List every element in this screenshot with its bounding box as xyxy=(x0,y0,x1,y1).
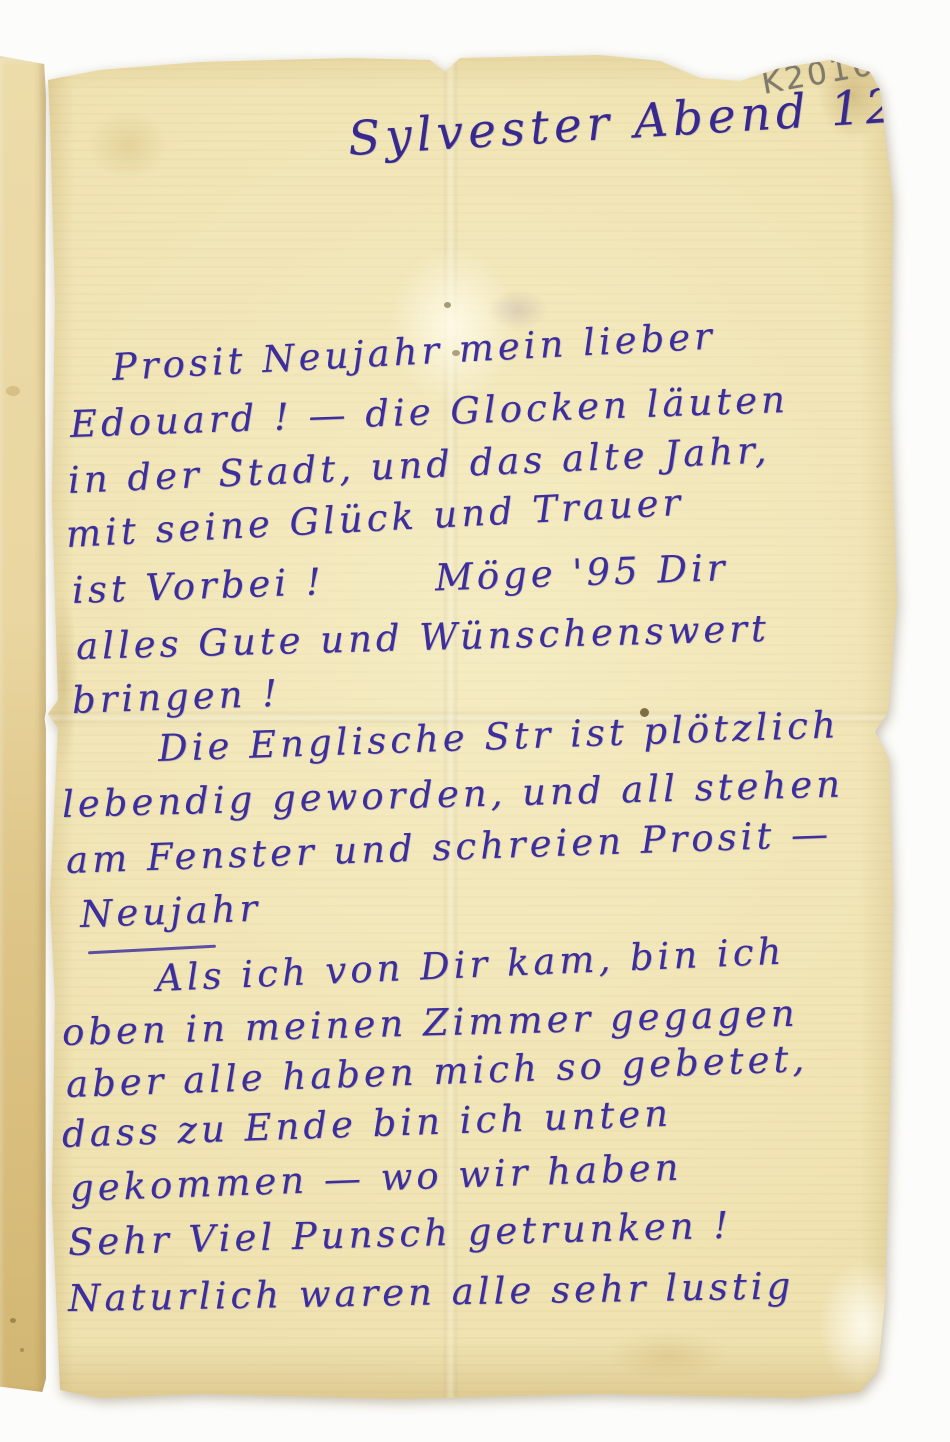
letter-heading: Sylvester Abend 12½ xyxy=(346,75,950,167)
letter-line: alles Gute und Wünschenswert xyxy=(75,607,770,668)
letter-line: Naturlich waren alle sehr lustig xyxy=(68,1264,795,1320)
worn-corner xyxy=(818,1260,908,1390)
letter-page: K2016 Sylvester Abend 12½ Prosit Neujahr… xyxy=(48,50,897,1400)
letter-page-wrap: K2016 Sylvester Abend 12½ Prosit Neujahr… xyxy=(0,0,950,1442)
scanned-letter: K2016 Sylvester Abend 12½ Prosit Neujahr… xyxy=(0,0,950,1442)
letter-line: gekommen — wo wir haben xyxy=(69,1146,683,1210)
letter-line: ist Vorbei ! Möge '95 Dir xyxy=(71,546,729,612)
flourish-underline xyxy=(88,945,216,955)
paper-stain xyxy=(88,110,168,180)
letter-line: Als ich von Dir kam, bin ich xyxy=(155,930,786,1000)
paper-stain xyxy=(608,1330,728,1380)
letter-line: Neujahr xyxy=(79,887,262,936)
letter-line: bringen ! xyxy=(71,672,281,722)
letter-line: Sehr Viel Punsch getrunken ! xyxy=(67,1204,732,1264)
letter-line: Prosit Neujahr mein lieber xyxy=(111,314,717,389)
